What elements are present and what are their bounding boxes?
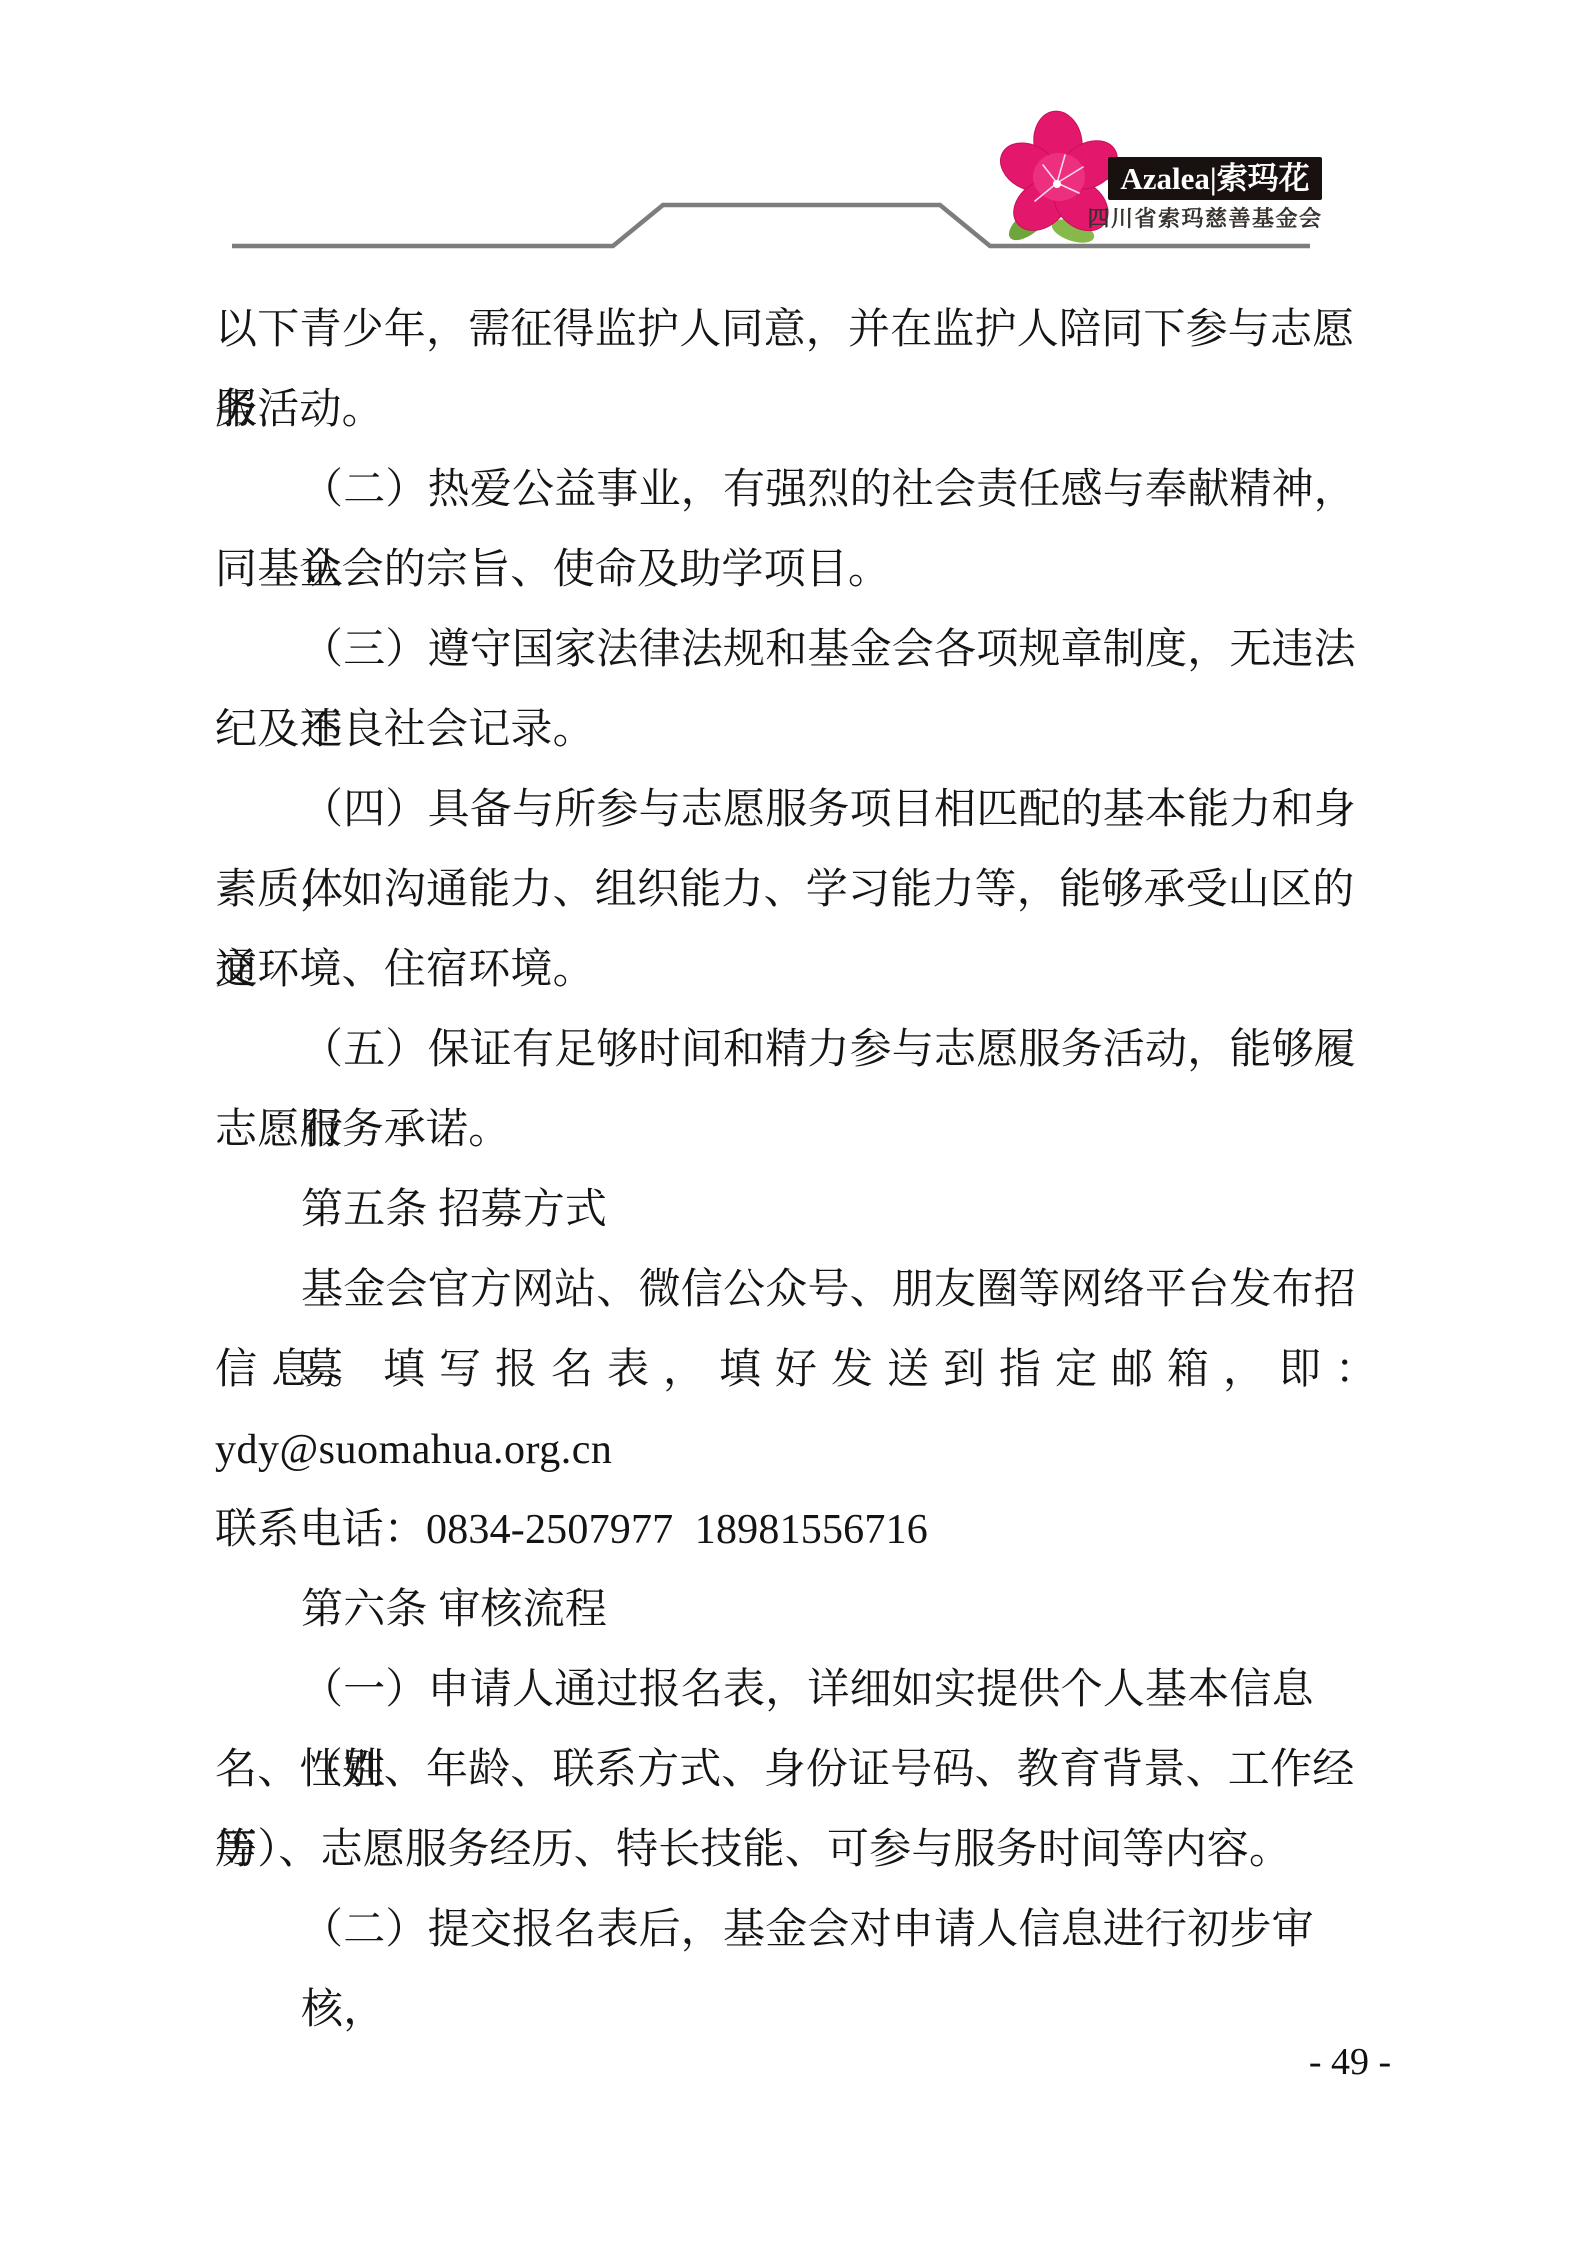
text-line: 志愿服务承诺。 — [215, 1090, 1393, 1170]
logo-org-name: 四川省索玛慈善基金会 — [1085, 202, 1325, 233]
page-number: - 49 - — [1290, 2040, 1410, 2084]
logo-wordmark-box: Azalea|索玛花 — [1108, 157, 1322, 200]
text-line: 等）、志愿服务经历、特长技能、可参与服务时间等内容。 — [215, 1810, 1393, 1890]
text-line: 名、性别、年龄、联系方式、身份证号码、教育背景、工作经历 — [215, 1730, 1393, 1810]
text-line: 纪及不良社会记录。 — [215, 690, 1393, 770]
document-body: 以下青少年，需征得监护人同意，并在监护人陪同下参与志愿服务活动。（二）热爱公益事… — [215, 290, 1393, 1970]
text-line: ydy@suomahua.org.cn — [215, 1410, 1393, 1490]
text-line: 通环境、住宿环境。 — [215, 930, 1393, 1010]
text-line: 同基金会的宗旨、使命及助学项目。 — [215, 530, 1393, 610]
text-line: （二）提交报名表后，基金会对申请人信息进行初步审核， — [215, 1890, 1393, 1970]
header-divider-line — [0, 0, 1587, 280]
text-line: 务活动。 — [215, 370, 1393, 450]
text-line: （二）热爱公益事业，有强烈的社会责任感与奉献精神，认 — [215, 450, 1393, 530]
text-line: 第五条 招募方式 — [215, 1170, 1393, 1250]
text-line: （五）保证有足够时间和精力参与志愿服务活动，能够履行 — [215, 1010, 1393, 1090]
text-line: 信息。填写报名表，填好发送到指定邮箱，即： — [215, 1330, 1393, 1410]
text-line: （三）遵守国家法律法规和基金会各项规章制度，无违法违 — [215, 610, 1393, 690]
text-line: 联系电话：0834-2507977 18981556716 — [215, 1490, 1393, 1570]
text-line: 素质，如沟通能力、组织能力、学习能力等，能够承受山区的交 — [215, 850, 1393, 930]
text-line: 以下青少年，需征得监护人同意，并在监护人陪同下参与志愿服 — [215, 290, 1393, 370]
logo-brand-text: Azalea|索玛花 — [1120, 163, 1309, 194]
text-line: 第六条 审核流程 — [215, 1570, 1393, 1650]
text-line: （一）申请人通过报名表，详细如实提供个人基本信息（姓 — [215, 1650, 1393, 1730]
foundation-logo: Azalea|索玛花 四川省索玛慈善基金会 — [995, 100, 1335, 240]
text-line: 基金会官方网站、微信公众号、朋友圈等网络平台发布招募 — [215, 1250, 1393, 1330]
text-line: （四）具备与所参与志愿服务项目相匹配的基本能力和身体 — [215, 770, 1393, 850]
document-page: Azalea|索玛花 四川省索玛慈善基金会 以下青少年，需征得监护人同意，并在监… — [0, 0, 1587, 2245]
